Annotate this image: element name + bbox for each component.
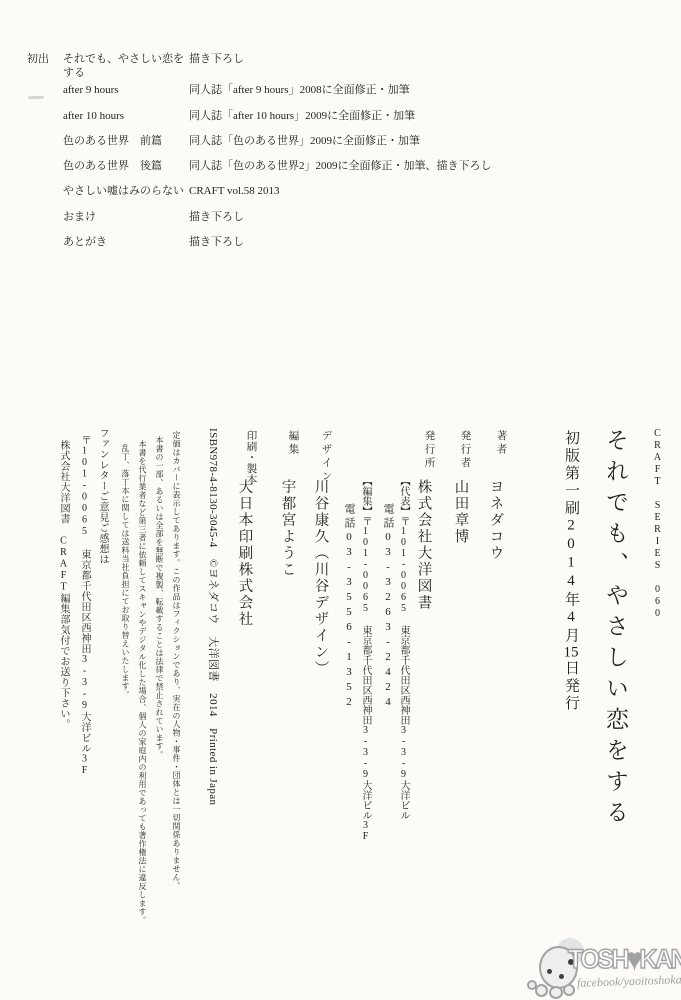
pub-note: 同人誌「色のある世界」2009に全面修正・加筆 [189,134,420,148]
pub-row: あとがき 描き下ろし [27,235,492,260]
pub-row: after 9 hours 同人誌「after 9 hours」2008に全面修… [27,83,492,108]
mascot-eye-icon [559,974,564,979]
pub-title: おまけ [63,210,189,224]
pub-title: 色のある世界 後篇 [63,159,189,173]
notice-copy-prohibited: 本書の一部、あるいは全部を無断で複製、転載することは法律で禁止されています。 [155,436,163,759]
mascot-eye-icon [547,969,552,974]
pub-note: CRAFT vol.58 2013 [189,184,280,198]
editorial-phone: 電話03-3556-1352 [343,503,354,711]
pub-title: after 10 hours [63,109,189,123]
fan-letter-intro: ファンレターご意見ご感想は [97,428,107,565]
edition-day: 15 [563,645,579,660]
book-title: それでも、やさしい恋をする [604,428,627,831]
publishing-house-name: 株式会社大洋図書 [416,479,431,611]
author-name: ヨネダコウ [488,479,503,562]
toshokan-watermark: TOSH♥KAN facebook/yaoitoshokan [520,930,681,1000]
mascot-scallop [535,984,548,997]
pub-title: あとがき [63,235,189,249]
watermark-handle: facebook/yaoitoshokan [577,972,681,991]
first-publication-list: 初出 それでも、やさしい恋をする 描き下ろし after 9 hours 同人誌… [27,52,492,260]
pub-note: 同人誌「色のある世界2」2009に全面修正・加筆、描き下ろし [189,159,492,173]
pub-row: after 10 hours 同人誌「after 10 hours」2009に全… [27,109,492,134]
isbn-line: ISBN978-4-8130-3045-4 ©ヨネダコウ 大洋図書 2014 P… [206,428,222,805]
designer-name: 川谷康久（川谷デザイン） [313,479,328,677]
fan-letter-address: 〒101-0065 東京都千代田区西神田3-3-9大洋ビル3F [79,435,89,777]
pub-title: after 9 hours [63,83,189,97]
pub-note: 同人誌「after 9 hours」2008に全面修正・加筆 [189,83,410,97]
representative-address: 【代表】〒101-0065 東京都千代田区西神田3-3-9大洋ビル [398,476,408,820]
pub-note: 描き下ろし [189,52,244,66]
printing-label: 印刷・製本 [245,430,256,485]
publisher-name: 山田章博 [453,479,468,545]
pub-title: やさしい嘘はみのらない [63,184,189,198]
first-pub-label: 初出 [27,52,63,66]
colophon-page: 初出 それでも、やさしい恋をする 描き下ろし after 9 hours 同人誌… [0,0,681,1000]
mascot-scallop [563,984,575,996]
fan-letter-recipient: 株式会社大洋図書 CRAFT編集部気付でお送り下さい。 [58,440,68,730]
series-number: CRAFT SERIES 060 [652,428,662,620]
printing-company: 大日本印刷株式会社 [237,479,252,628]
mascot-scallop [549,986,563,999]
pub-note: 描き下ろし [189,235,244,249]
heart-icon: ♥ [627,944,639,974]
editor-name: 宇都宮ようこ [280,479,295,578]
pub-note: 同人誌「after 10 hours」2009に全面修正・加筆 [189,109,415,123]
pub-row: 初出 それでも、やさしい恋をする 描き下ろし [27,52,492,77]
pub-row: 色のある世界 後篇 同人誌「色のある世界2」2009に全面修正・加筆、描き下ろし [27,159,492,184]
author-label: 著者 [495,430,506,457]
notice-scan-digitize: 本書を代行業者など第三者に依頼してスキャンやデジタル化した場合、個人の家庭内の利… [138,440,146,925]
edition-date: 初版第一刷2014年4月15日発行 [563,430,578,713]
pub-row: 色のある世界 前篇 同人誌「色のある世界」2009に全面修正・加筆 [27,134,492,159]
publishing-house-label: 発行所 [423,430,434,471]
pub-title: 色のある世界 前篇 [63,134,189,148]
notice-defective-copy: 乱丁、落丁本に関しては送料当社負担にてお取り替えいたします。 [121,444,129,699]
pub-row: おまけ 描き下ろし [27,210,492,235]
publisher-label: 発行者 [459,430,470,471]
pub-row: やさしい嘘はみのらない CRAFT vol.58 2013 [27,184,492,209]
watermark-wordmark: TOSH♥KAN [568,944,681,975]
pub-note: 描き下ろし [189,210,244,224]
editor-label: 編集 [287,430,298,457]
notice-price-fiction: 定価はカバーに表示してあります。この作品はフィクションであり、実在の人物・事件・… [172,431,180,890]
pub-title: それでも、やさしい恋をする [63,52,189,80]
editorial-address: 【編集】〒101-0065 東京都千代田区西神田3-3-9大洋ビル3F [360,476,370,842]
design-label: デザイン [320,430,331,484]
representative-phone: 電話03-3263-2424 [382,503,393,711]
